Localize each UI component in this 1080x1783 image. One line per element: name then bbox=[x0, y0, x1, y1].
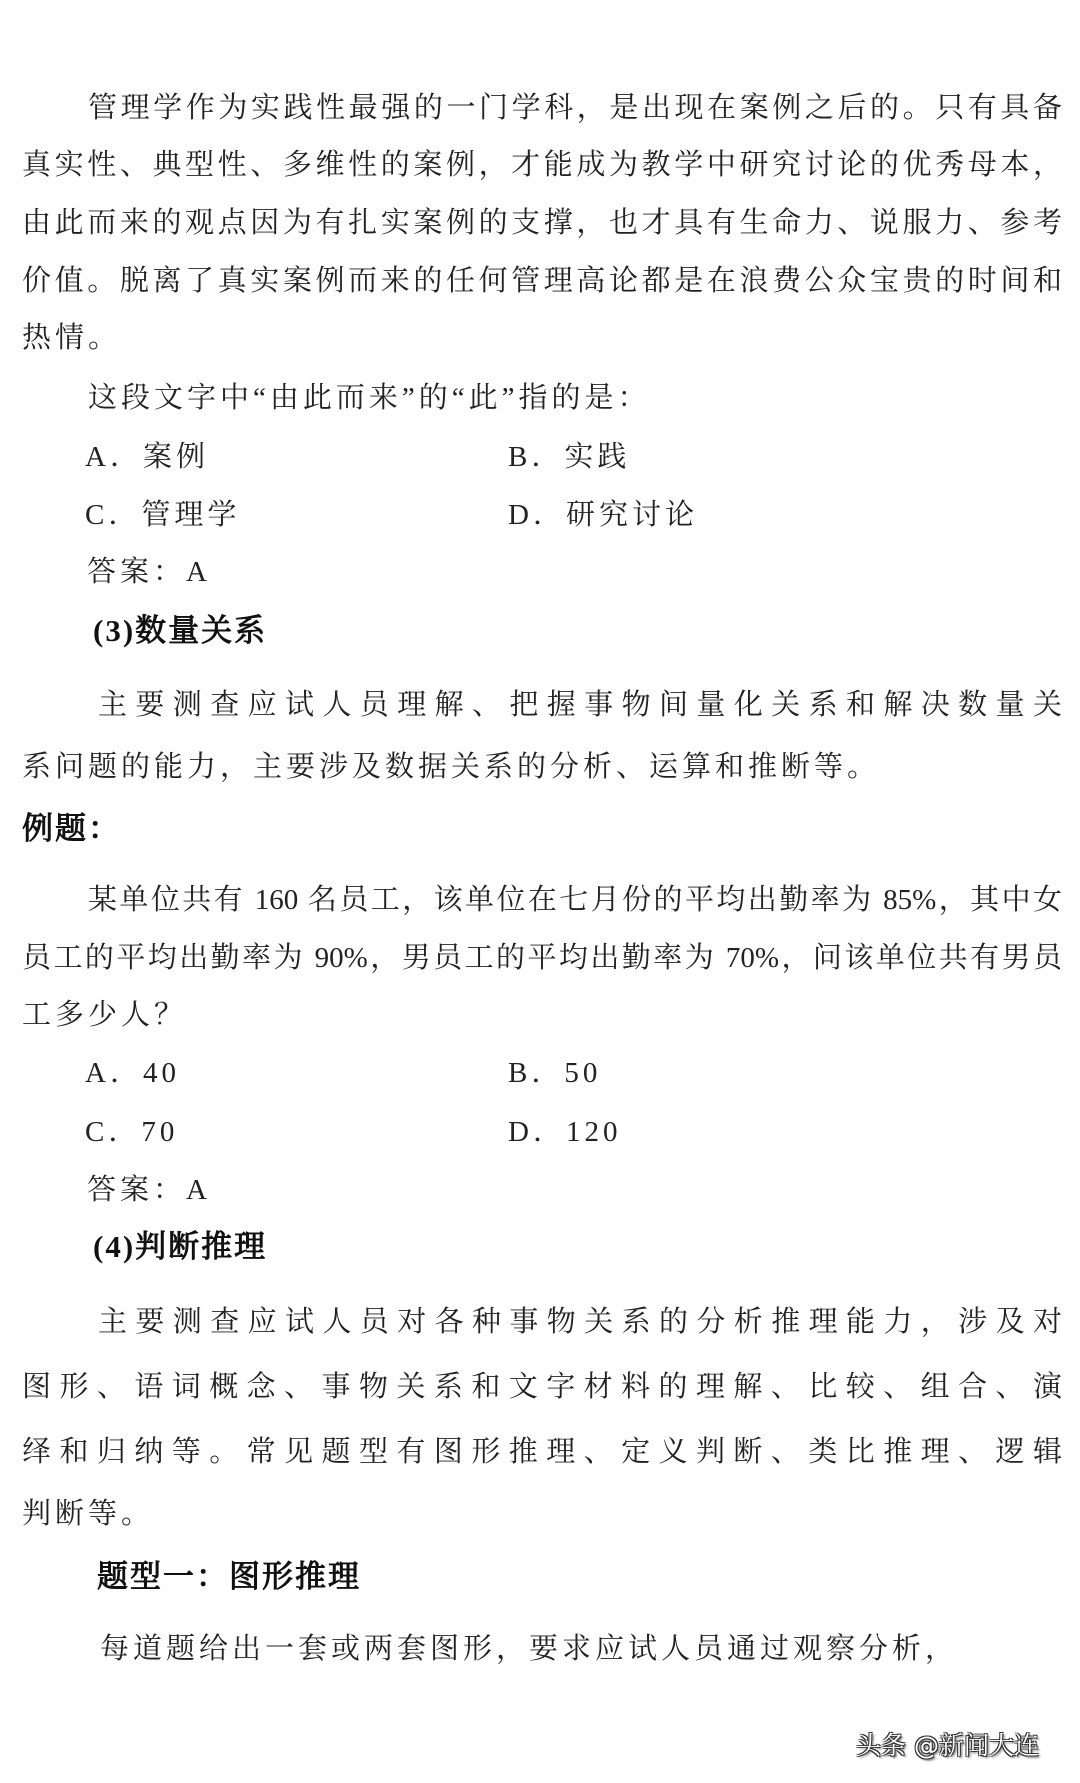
paragraph-line: 员工的平均出勤率为 90%，男员工的平均出勤率为 70%，问该单位共有男员 bbox=[22, 936, 1062, 980]
paragraph-line: 工多少人？ bbox=[22, 993, 1062, 1037]
paragraph-line: 图形、语词概念、事物关系和文字材料的理解、比较、组合、演 bbox=[22, 1365, 1062, 1409]
option-c: C．管理学 bbox=[85, 493, 240, 537]
option-d: D．120 bbox=[508, 1110, 621, 1154]
paragraph-line: 热情。 bbox=[22, 316, 1062, 360]
paragraph-line: 判断等。 bbox=[22, 1492, 1062, 1536]
answer-text: 答案：A bbox=[87, 1168, 211, 1212]
answer-text: 答案：A bbox=[87, 550, 211, 594]
paragraph-line: 真实性、典型性、多维性的案例，才能成为教学中研究讨论的优秀母本， bbox=[22, 143, 1062, 187]
section-heading-reasoning: (4)判断推理 bbox=[93, 1224, 267, 1270]
paragraph-line: 价值。脱离了真实案例而来的任何管理高论都是在浪费公众宝贵的时间和 bbox=[22, 259, 1062, 303]
option-a: A．案例 bbox=[85, 435, 209, 479]
paragraph-line: 主要测查应试人员理解、把握事物间量化关系和解决数量关 bbox=[98, 683, 1062, 727]
paragraph-line: 绎和归纳等。常见题型有图形推理、定义判断、类比推理、逻辑 bbox=[22, 1430, 1062, 1474]
subsection-heading-figure-reasoning: 题型一：图形推理 bbox=[97, 1554, 361, 1600]
section-heading-quantitative: (3)数量关系 bbox=[93, 608, 267, 654]
option-b: B．50 bbox=[508, 1051, 601, 1095]
paragraph-line: 管理学作为实践性最强的一门学科，是出现在案例之后的。只有具备 bbox=[88, 86, 1062, 130]
paragraph-line: 每道题给出一套或两套图形，要求应试人员通过观察分析， bbox=[100, 1627, 1062, 1671]
paragraph-line: 由此而来的观点因为有扎实案例的支撑，也才具有生命力、说服力、参考 bbox=[22, 201, 1062, 245]
option-a: A．40 bbox=[85, 1051, 180, 1095]
watermark: 头条 @新闻大连 bbox=[856, 1728, 1039, 1764]
option-d: D．研究讨论 bbox=[508, 493, 698, 537]
option-b: B．实践 bbox=[508, 435, 630, 479]
question-text: 这段文字中“由此而来”的“此”指的是： bbox=[88, 376, 1062, 420]
paragraph-line: 主要测查应试人员对各种事物关系的分析推理能力，涉及对 bbox=[98, 1300, 1062, 1344]
paragraph-line: 某单位共有 160 名员工，该单位在七月份的平均出勤率为 85%，其中女 bbox=[88, 878, 1062, 922]
example-heading: 例题： bbox=[22, 806, 121, 852]
option-c: C．70 bbox=[85, 1110, 178, 1154]
paragraph-line: 系问题的能力，主要涉及数据关系的分析、运算和推断等。 bbox=[22, 745, 1062, 789]
